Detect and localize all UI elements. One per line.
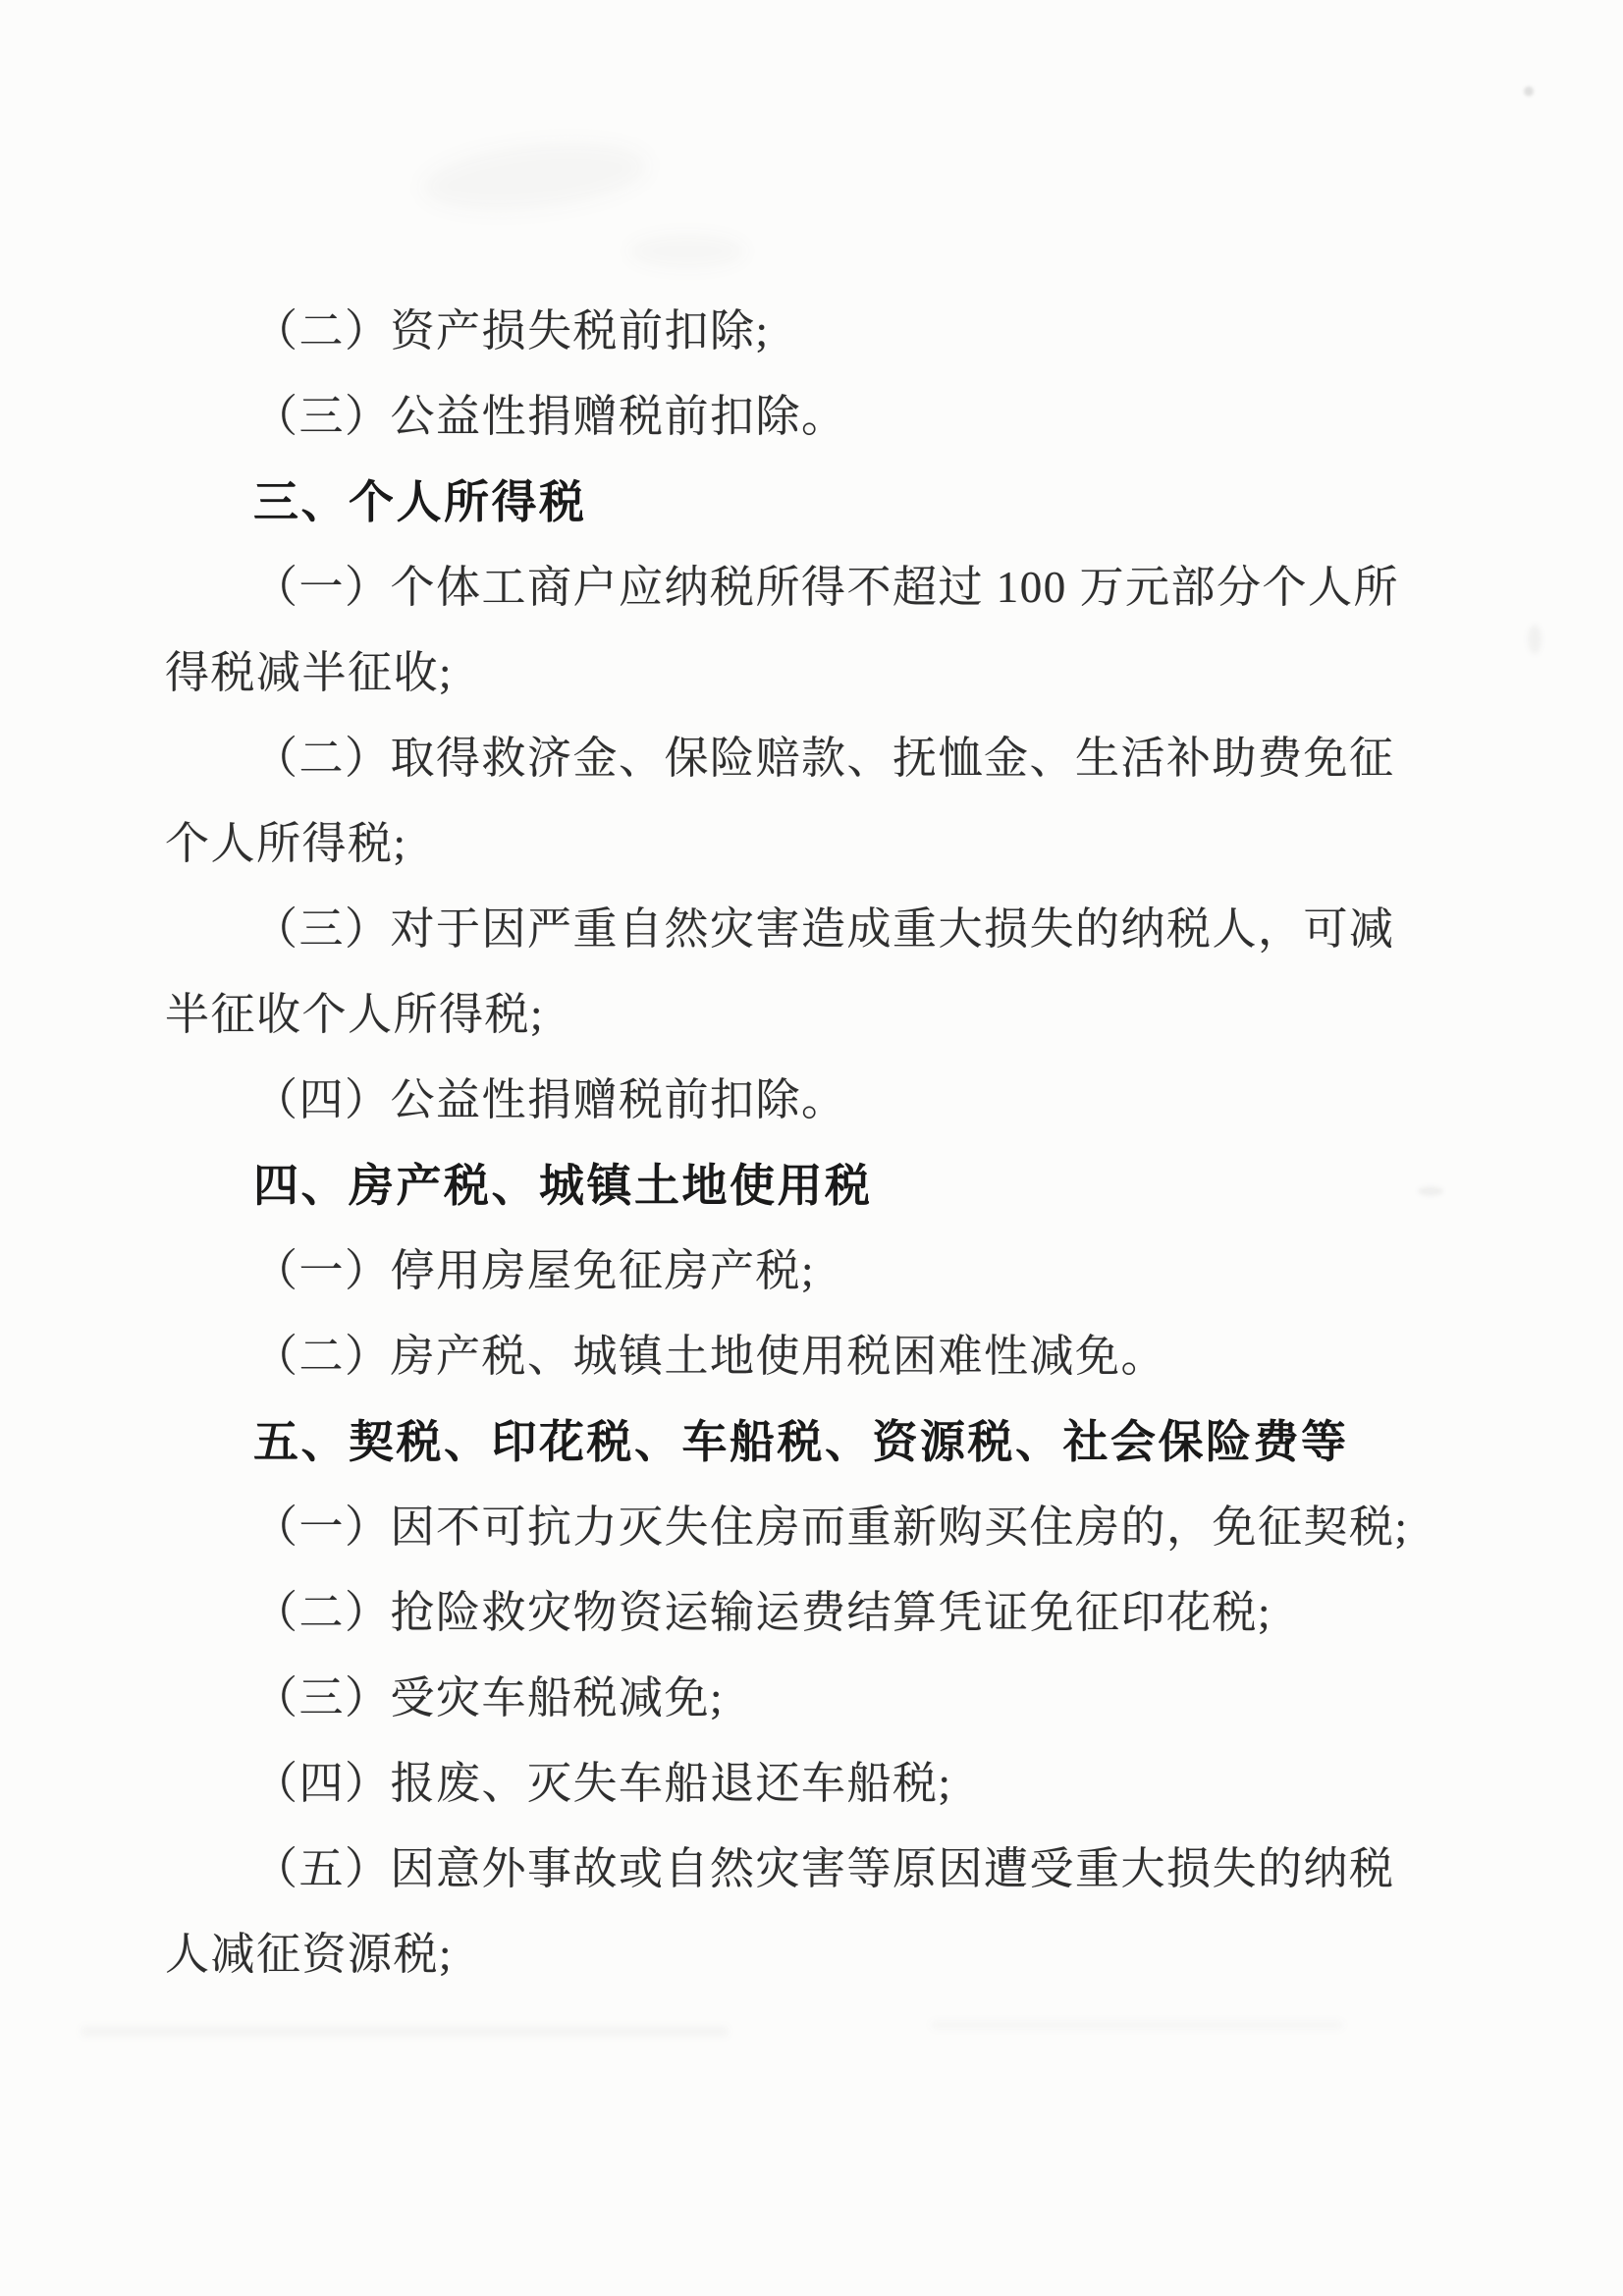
section-heading: 三、个人所得税 bbox=[165, 460, 1443, 545]
document-content: （二）资产损失税前扣除;（三）公益性捐赠税前扣除。三、个人所得税（一）个体工商户… bbox=[165, 289, 1443, 1997]
text-line: （二）资产损失税前扣除; bbox=[165, 289, 1443, 374]
scan-artifact bbox=[1524, 86, 1534, 96]
section-heading: 四、房产税、城镇土地使用税 bbox=[165, 1143, 1443, 1229]
text-line: 半征收个人所得税; bbox=[165, 972, 1443, 1058]
text-line: 个人所得税; bbox=[165, 801, 1443, 887]
scan-artifact bbox=[1528, 625, 1542, 654]
text-line: （四）报废、灭失车船退还车船税; bbox=[165, 1741, 1443, 1827]
scan-artifact bbox=[931, 2021, 1343, 2029]
scan-artifact bbox=[628, 234, 746, 269]
text-line: （五）因意外事故或自然灾害等原因遭受重大损失的纳税 bbox=[165, 1827, 1443, 1912]
scan-artifact bbox=[81, 2027, 729, 2036]
text-line: （一）个体工商户应纳税所得不超过 100 万元部分个人所 bbox=[165, 545, 1443, 630]
text-line: （四）公益性捐赠税前扣除。 bbox=[165, 1058, 1443, 1143]
text-line: （二）房产税、城镇土地使用税困难性减免。 bbox=[165, 1314, 1443, 1399]
text-line: （三）公益性捐赠税前扣除。 bbox=[165, 374, 1443, 460]
document-page: （二）资产损失税前扣除;（三）公益性捐赠税前扣除。三、个人所得税（一）个体工商户… bbox=[0, 0, 1623, 2296]
text-line: （一）因不可抗力灭失住房而重新购买住房的，免征契税; bbox=[165, 1485, 1443, 1570]
text-line: （三）对于因严重自然灾害造成重大损失的纳税人，可减 bbox=[165, 887, 1443, 972]
text-line: 得税减半征收; bbox=[165, 630, 1443, 716]
section-heading: 五、契税、印花税、车船税、资源税、社会保险费等 bbox=[165, 1399, 1443, 1485]
text-line: （三）受灾车船税减免; bbox=[165, 1656, 1443, 1741]
text-line: 人减征资源税; bbox=[165, 1912, 1443, 1997]
scan-artifact bbox=[419, 134, 650, 220]
text-line: （二）取得救济金、保险赔款、抚恤金、生活补助费免征 bbox=[165, 716, 1443, 801]
text-line: （二）抢险救灾物资运输运费结算凭证免征印花税; bbox=[165, 1570, 1443, 1656]
text-line: （一）停用房屋免征房产税; bbox=[165, 1229, 1443, 1314]
